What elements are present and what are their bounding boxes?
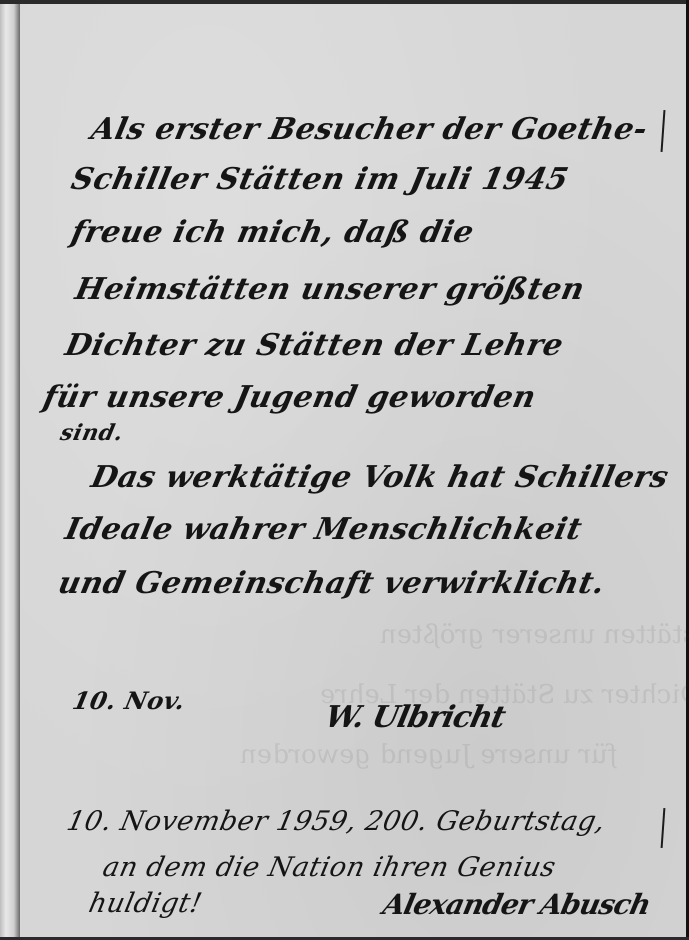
entry-line: und Gemeinschaft verwirklicht. xyxy=(55,566,608,601)
bleed-through-text: Heimstätten unserer größten xyxy=(377,620,689,650)
entry-line: sind. xyxy=(58,420,126,446)
entry-line: Ideale wahrer Menschlichkeit xyxy=(62,512,585,547)
entry-line: für unsere Jugend geworden xyxy=(40,380,539,415)
signature-abusch: Alexander Abusch xyxy=(380,888,653,921)
margin-mark xyxy=(661,110,666,152)
entry-line: Heimstätten unserer größten xyxy=(72,272,588,307)
top-edge xyxy=(0,0,689,4)
guestbook-page: Heimstätten unserer größten Dichter zu S… xyxy=(0,0,689,940)
entry-line: freue ich mich, daß die xyxy=(68,215,477,250)
entry-line: Als erster Besucher der Goethe- xyxy=(88,112,651,147)
entry-date: 10. Nov. xyxy=(70,686,188,715)
signature-ulbricht: W. Ulbricht xyxy=(322,700,508,735)
entry-line: 10. November 1959, 200. Geburtstag, xyxy=(64,806,608,837)
entry-line: an dem die Nation ihren Genius xyxy=(100,852,559,883)
entry-line: huldigt! xyxy=(86,888,205,919)
entry-line: Schiller Stätten im Juli 1945 xyxy=(68,162,572,197)
entry-line: Das werktätige Volk hat Schillers xyxy=(88,460,672,495)
book-binding xyxy=(0,0,20,940)
entry-line: Dichter zu Stätten der Lehre xyxy=(62,328,567,363)
margin-mark xyxy=(661,808,665,848)
bleed-through-text: für unsere Jugend geworden xyxy=(237,740,620,770)
